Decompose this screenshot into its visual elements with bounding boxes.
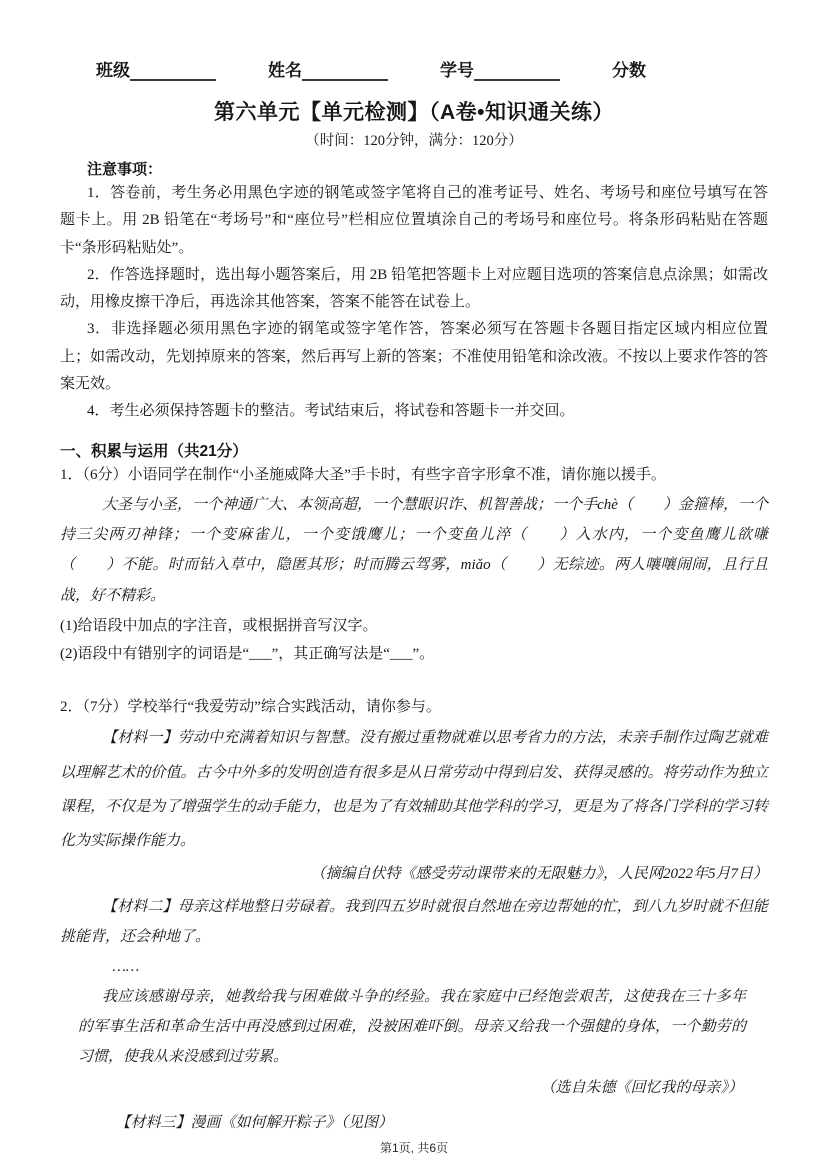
paper-title: 第六单元【单元检测】（A卷•知识通关练）: [60, 96, 768, 126]
notice-item-1: 1．答卷前，考生务必用黑色字迹的钢笔或签字笔将自己的准考证号、姓名、考场号和座位…: [60, 180, 768, 262]
notice-item-3: 3．非选择题必须用黑色字迹的钢笔或签字笔作答，答案必须写在答题卡各题目指定区域内…: [60, 316, 768, 398]
name-blank-line: [302, 62, 388, 81]
material-3-text: 【材料三】漫画《如何解开粽子》（见图）: [60, 1108, 768, 1140]
material-2-ellipsis: ……: [113, 952, 769, 982]
exam-paper-page: 班级 姓名 学号 分数 第六单元【单元检测】（A卷•知识通关练） （时间：120…: [0, 0, 828, 1172]
notice-section: 注意事项： 1．答卷前，考生务必用黑色字迹的钢笔或签字笔将自己的准考证号、姓名、…: [60, 158, 768, 426]
page-number: 第1页, 共6页: [0, 1139, 828, 1156]
material-1-source: （摘编自伏特《感受劳动课带来的无限魅力》，人民网2022年5月7日）: [60, 858, 768, 892]
material-2-source: （选自朱德《回忆我的母亲》）: [60, 1072, 743, 1106]
class-field: 班级: [96, 56, 216, 81]
student-info-row: 班级 姓名 学号 分数: [96, 0, 768, 81]
material-1-text: 【材料一】劳动中充满着知识与智慧。没有搬过重物就难以思考省力的方法，未亲手制作过…: [60, 721, 768, 858]
question-1-sub-2: (2)语段中有错别字的词语是“___”，其正确写法是“___”。: [60, 641, 768, 669]
material-2-paragraph-1: 【材料二】母亲这样地整日劳碌着。我到四五岁时就很自然地在旁边帮她的忙，到八九岁时…: [60, 892, 768, 952]
score-field: 分数: [612, 56, 646, 81]
question-2: 2．（7分）学校举行“我爱劳动”综合实践活动，请你参与。 【材料一】劳动中充满着…: [60, 695, 768, 1139]
class-blank-line: [130, 62, 216, 81]
question-1: 1．（6分）小语同学在制作“小圣施威降大圣”手卡时，有些字音字形拿不准，请你施以…: [60, 463, 768, 669]
name-label: 姓名: [268, 56, 302, 81]
student-id-field: 学号: [440, 56, 560, 81]
name-field: 姓名: [268, 56, 388, 81]
notice-heading: 注意事项：: [87, 158, 768, 179]
section-1-heading: 一、积累与运用（共21分）: [60, 439, 768, 461]
question-1-sub-1: (1)给语段中加点的字注音，或根据拼音写汉字。: [60, 613, 768, 641]
question-1-passage: 大圣与小圣，一个神通广大、本领高超，一个慧眼识诈、机智善战；一个手chè（ ）金…: [60, 490, 768, 611]
material-2-paragraph-2: 我应该感谢母亲，她教给我与困难做斗争的经验。我在家庭中已经饱尝艰苦，这使我在三十…: [78, 982, 746, 1072]
student-id-label: 学号: [440, 56, 474, 81]
question-2-stem: 2．（7分）学校举行“我爱劳动”综合实践活动，请你参与。: [60, 695, 768, 719]
notice-item-4: 4．考生必须保持答题卡的整洁。考试结束后，将试卷和答题卡一并交回。: [60, 398, 768, 425]
class-label: 班级: [96, 56, 130, 81]
student-id-blank-line: [474, 62, 560, 81]
question-1-stem: 1．（6分）小语同学在制作“小圣施威降大圣”手卡时，有些字音字形拿不准，请你施以…: [60, 463, 768, 487]
score-label: 分数: [612, 56, 646, 81]
notice-item-2: 2．作答选择题时，选出每小题答案后，用 2B 铅笔把答题卡上对应题目选项的答案信…: [60, 262, 768, 317]
paper-subtitle: （时间：120分钟，满分：120分）: [60, 129, 768, 150]
